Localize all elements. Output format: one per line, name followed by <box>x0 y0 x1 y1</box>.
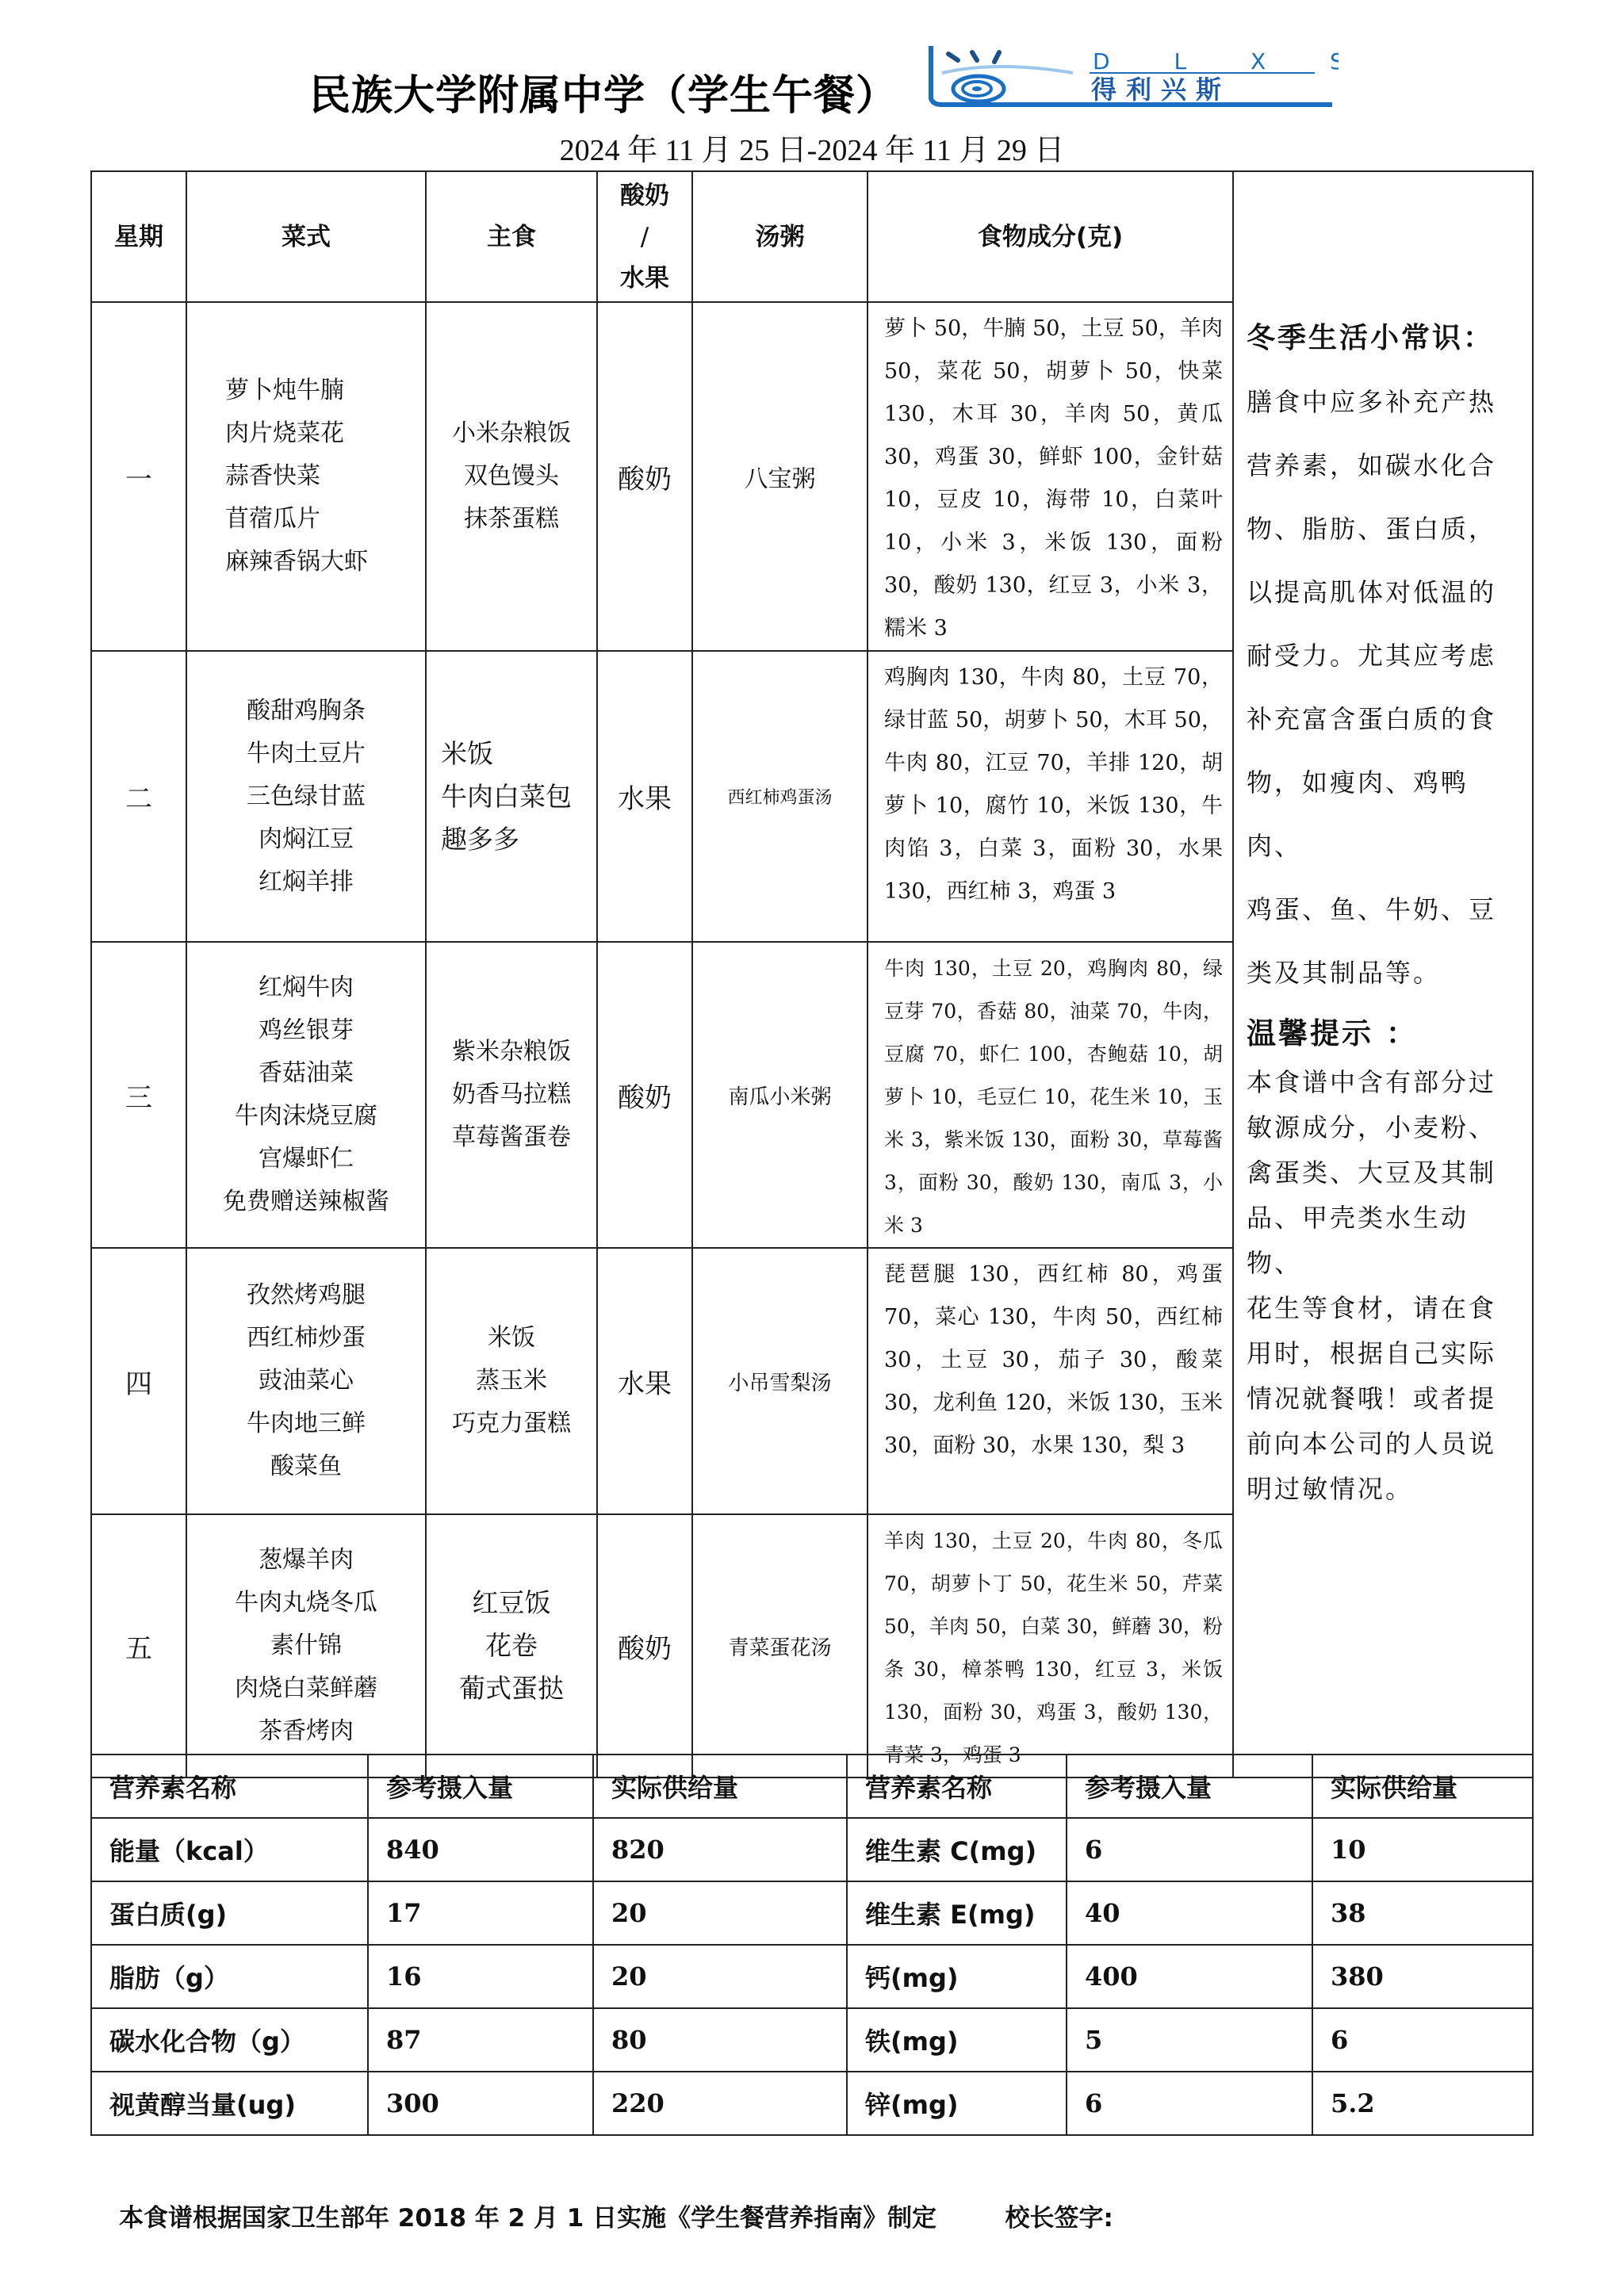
svg-text:D L X S: D L X S <box>1093 48 1339 75</box>
col-header-dishes: 菜式 <box>186 171 426 302</box>
guideline-basis-text: 本食谱根据国家卫生部年 2018 年 2 月 1 日实施《学生餐营养指南》制定 <box>119 2204 936 2233</box>
staple-cell: 小米杂粮饭 双色馒头 抹茶蛋糕 <box>426 302 597 651</box>
dishes-cell: 葱爆羊肉 牛肉丸烧冬瓜 素什锦 肉烧白菜鲜蘑 茶香烤肉 <box>186 1514 426 1777</box>
nutrition-row: 蛋白质(g) 17 20 维生素 E(mg) 40 38 <box>91 1881 1533 1945</box>
dishes-cell: 孜然烤鸡腿 西红柿炒蛋 豉油菜心 牛肉地三鲜 酸菜鱼 <box>186 1248 426 1514</box>
winter-tips-body: 膳食中应多补充产热 营养素，如碳水化合 物、脂肪、蛋白质， 以提高肌体对低温的 … <box>1247 370 1521 1004</box>
ingredients-cell: 牛肉 130，土豆 20，鸡胸肉 80，绿豆芽 70，香菇 80，油菜 70，牛… <box>868 942 1233 1248</box>
weekday-cell: 一 <box>91 302 186 651</box>
yogurt-fruit-cell: 水果 <box>597 1248 692 1514</box>
nutrition-row: 脂肪（g） 16 20 钙(mg) 400 380 <box>91 1945 1533 2008</box>
ingredients-cell: 鸡胸肉 130，牛肉 80，土豆 70，绿甘蓝 50，胡萝卜 50，木耳 50，… <box>868 651 1233 942</box>
col-header-reference-intake: 参考摄入量 <box>1067 1755 1312 1818</box>
menu-table: 星期 菜式 主食 酸奶 / 水果 汤粥 食物成分(克) 冬季生活小常识： 膳食中… <box>90 170 1534 1778</box>
nutrition-row: 能量（kcal） 840 820 维生素 C(mg) 6 10 <box>91 1818 1533 1881</box>
allergy-tips-body: 本食谱中含有部分过 敏源成分，小麦粉、 禽蛋类、大豆及其制 品、甲壳类水生动物、… <box>1247 1060 1521 1512</box>
date-range: 2024 年 11 月 25 日-2024 年 11 月 29 日 <box>0 125 1624 169</box>
page-title: 民族大学附属中学（学生午餐） <box>309 62 898 121</box>
ingredients-cell: 羊肉 130，土豆 20，牛肉 80，冬瓜 70，胡萝卜丁 50，花生米 50，… <box>868 1514 1233 1777</box>
spiral-eye-icon: D L X S 得利兴斯 <box>926 43 1339 108</box>
weekday-cell: 三 <box>91 942 186 1248</box>
soup-cell: 小吊雪梨汤 <box>692 1248 868 1514</box>
weekday-cell: 四 <box>91 1248 186 1514</box>
col-header-actual-supply: 实际供给量 <box>593 1755 847 1818</box>
staple-cell: 红豆饭 花卷 葡式蛋挞 <box>426 1514 597 1777</box>
principal-signature-label: 校长签字: <box>1005 2204 1113 2233</box>
footer-note: 本食谱根据国家卫生部年 2018 年 2 月 1 日实施《学生餐营养指南》制定 … <box>119 2198 1113 2233</box>
yogurt-fruit-cell: 酸奶 <box>597 1514 692 1777</box>
col-header-reference-intake: 参考摄入量 <box>368 1755 593 1818</box>
col-header-actual-supply: 实际供给量 <box>1312 1755 1533 1818</box>
weekday-cell: 二 <box>91 651 186 942</box>
ingredients-cell: 萝卜 50，牛腩 50，土豆 50，羊肉 50，菜花 50，胡萝卜 50，快菜 … <box>868 302 1233 651</box>
tips-panel: 冬季生活小常识： 膳食中应多补充产热 营养素，如碳水化合 物、脂肪、蛋白质， 以… <box>1233 171 1533 1777</box>
yogurt-fruit-cell: 酸奶 <box>597 302 692 651</box>
col-header-ingredients: 食物成分(克) <box>868 171 1233 302</box>
dishes-cell: 酸甜鸡胸条 牛肉土豆片 三色绿甘蓝 肉焖江豆 红焖羊排 <box>186 651 426 942</box>
soup-cell: 西红柿鸡蛋汤 <box>692 651 868 942</box>
col-header-soup: 汤粥 <box>692 171 868 302</box>
dishes-cell: 萝卜炖牛腩 肉片烧菜花 蒜香快菜 苜蓿瓜片 麻辣香锅大虾 <box>186 302 426 651</box>
ingredients-cell: 琵琶腿 130，西红柿 80，鸡蛋 70，菜心 130，牛肉 50，西红柿 30… <box>868 1248 1233 1514</box>
company-logo: D L X S 得利兴斯 <box>926 43 1339 108</box>
col-header-nutrient-name: 营养素名称 <box>91 1755 368 1818</box>
dishes-cell: 红焖牛肉 鸡丝银芽 香菇油菜 牛肉沫烧豆腐 宫爆虾仁 免费赠送辣椒酱 <box>186 942 426 1248</box>
soup-cell: 青菜蛋花汤 <box>692 1514 868 1777</box>
nutrition-row: 碳水化合物（g） 87 80 铁(mg) 5 6 <box>91 2008 1533 2072</box>
soup-cell: 八宝粥 <box>692 302 868 651</box>
nutrition-table: 营养素名称 参考摄入量 实际供给量 营养素名称 参考摄入量 实际供给量 能量（k… <box>90 1754 1534 2136</box>
staple-cell: 紫米杂粮饭 奶香马拉糕 草莓酱蛋卷 <box>426 942 597 1248</box>
svg-text:得利兴斯: 得利兴斯 <box>1091 75 1231 105</box>
yogurt-fruit-cell: 水果 <box>597 651 692 942</box>
col-header-weekday: 星期 <box>91 171 186 302</box>
staple-cell: 米饭 牛肉白菜包 趣多多 <box>426 651 597 942</box>
col-header-nutrient-name: 营养素名称 <box>847 1755 1067 1818</box>
soup-cell: 南瓜小米粥 <box>692 942 868 1248</box>
menu-header-row: 星期 菜式 主食 酸奶 / 水果 汤粥 食物成分(克) 冬季生活小常识： 膳食中… <box>91 171 1533 302</box>
nutrition-header-row: 营养素名称 参考摄入量 实际供给量 营养素名称 参考摄入量 实际供给量 <box>91 1755 1533 1818</box>
col-header-staple: 主食 <box>426 171 597 302</box>
weekday-cell: 五 <box>91 1514 186 1777</box>
col-header-yogurt-fruit: 酸奶 / 水果 <box>597 171 692 302</box>
yogurt-fruit-cell: 酸奶 <box>597 942 692 1248</box>
nutrition-row: 视黄醇当量(ug) 300 220 锌(mg) 6 5.2 <box>91 2072 1533 2135</box>
allergy-tips-heading: 温馨提示 ： <box>1247 1008 1521 1060</box>
staple-cell: 米饭 蒸玉米 巧克力蛋糕 <box>426 1248 597 1514</box>
winter-tips-heading: 冬季生活小常识： <box>1247 307 1521 370</box>
